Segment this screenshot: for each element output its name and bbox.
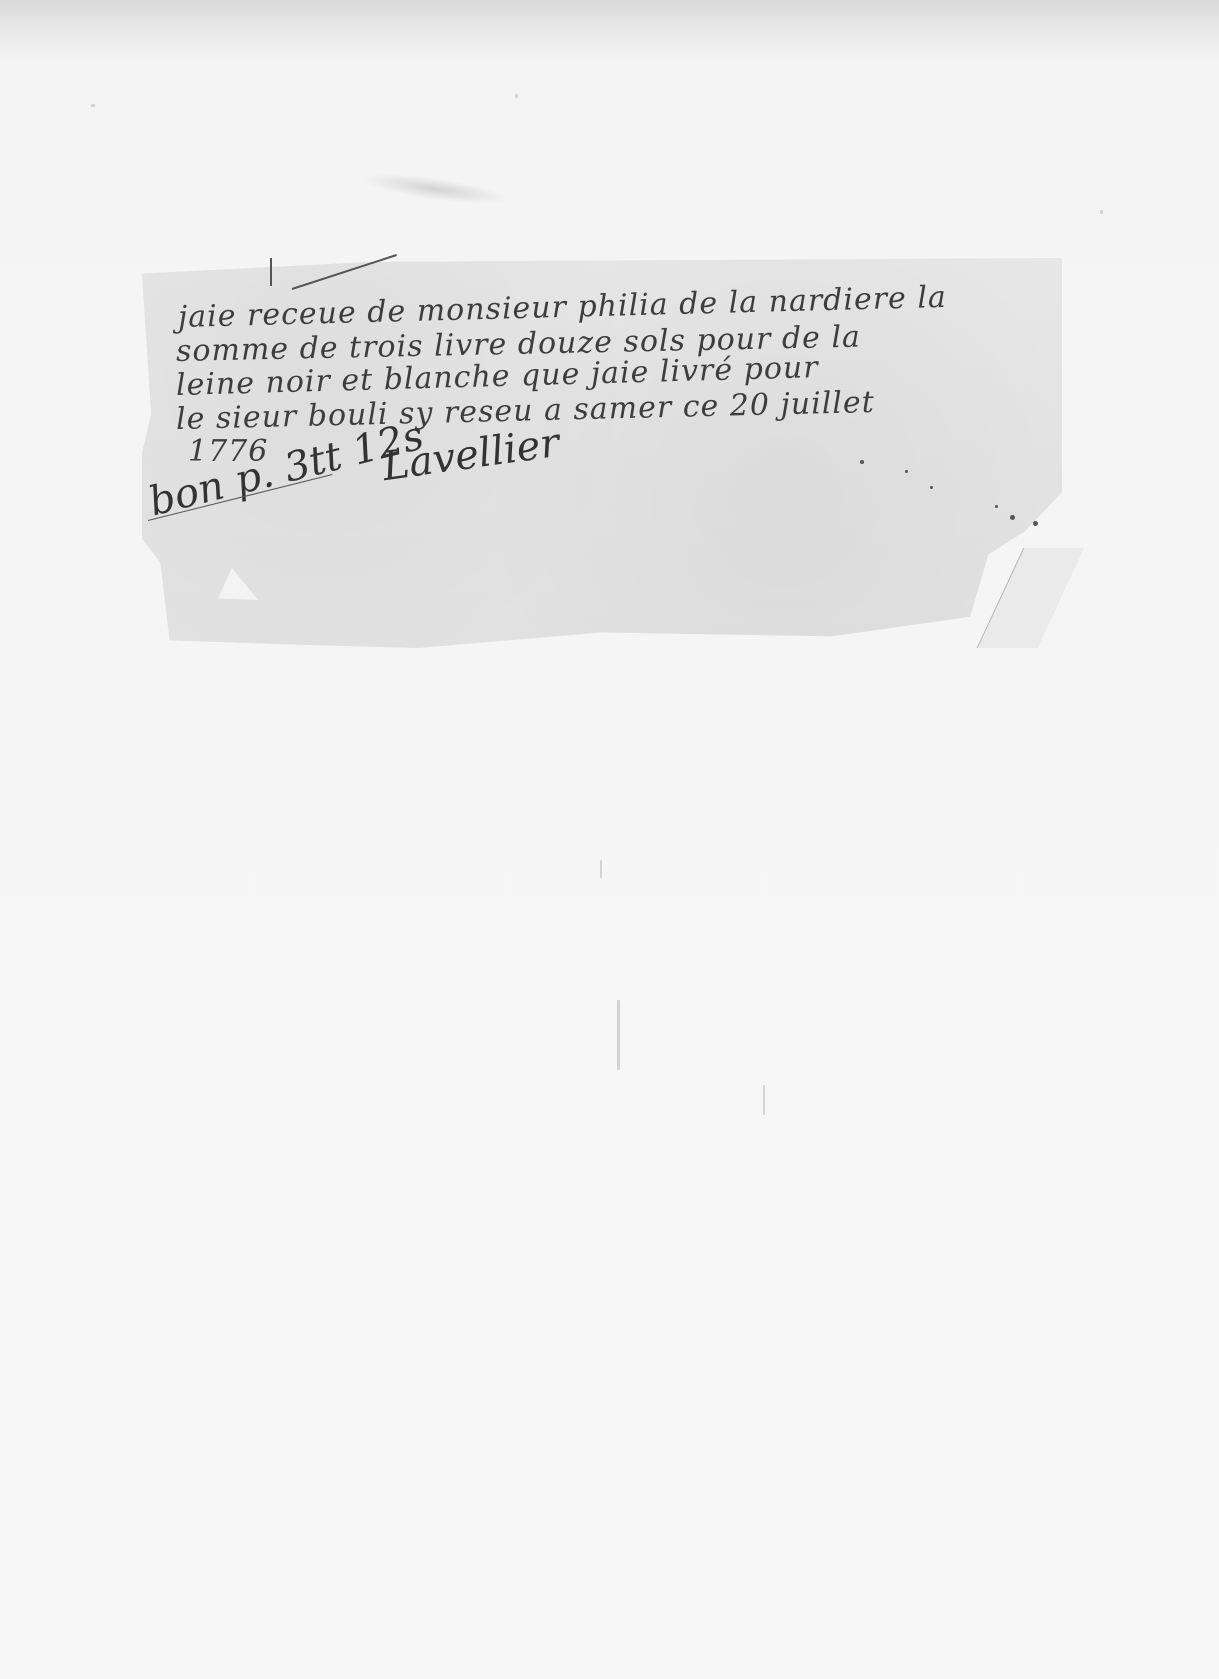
blemish [91, 104, 95, 107]
blemish [515, 94, 518, 98]
folded-corner [977, 548, 1085, 648]
ink-spot [995, 505, 998, 508]
ink-spot [1033, 521, 1038, 526]
blemish [763, 1085, 765, 1115]
ink-spot [905, 470, 908, 473]
ink-spot [1010, 515, 1015, 520]
blemish [1100, 210, 1103, 214]
scanned-page: jaie receue de monsieur philia de la nar… [0, 0, 1219, 1679]
ink-spot [930, 486, 933, 489]
blemish [600, 860, 602, 878]
ink-spot [860, 460, 864, 464]
ink-flourish [270, 258, 272, 286]
blemish [617, 1000, 620, 1070]
smudge-mark [359, 168, 511, 211]
